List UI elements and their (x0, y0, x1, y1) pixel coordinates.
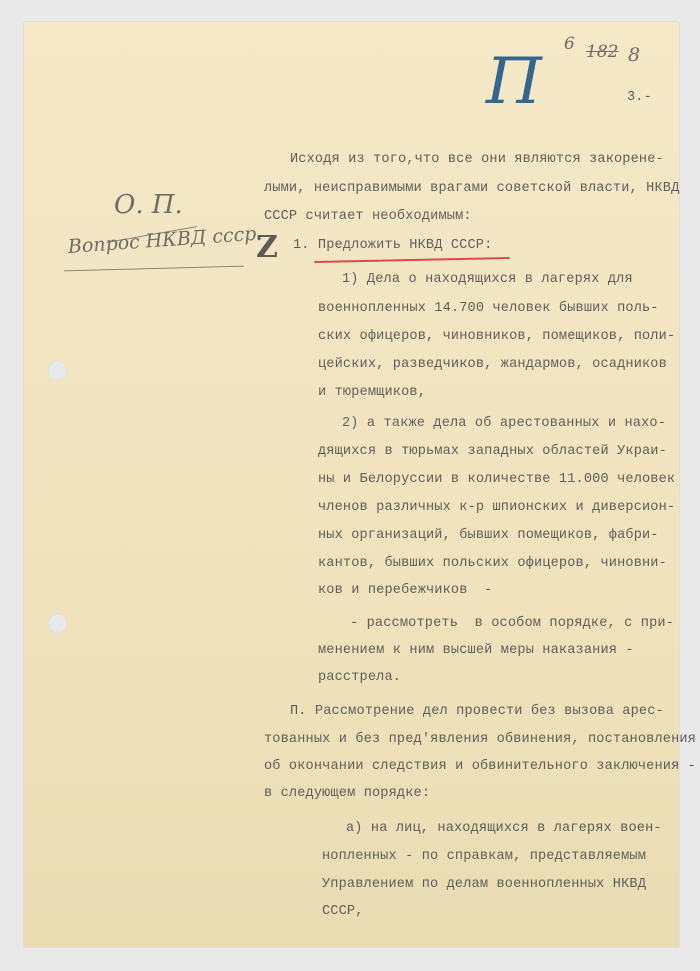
text-line-11: дящихся в тюрьмах западных областей Укра… (318, 445, 667, 459)
section-2-heading: П. Рассмотрение дел провести без вызова … (290, 705, 664, 719)
text-line-6: военнопленных 14.700 человек бывших поль… (318, 302, 659, 316)
margin-note: Вопрос НКВД ссср. (67, 222, 263, 258)
text-line-23: в следующем порядке: (264, 787, 430, 801)
document-page: 6 182 8 П 3.- О. П. Вопрос НКВД ссср. Z … (24, 22, 679, 947)
text-line-21: тованных и без пред'явления обвинения, п… (264, 733, 696, 747)
text-line-22: об окончании следствия и обвинительного … (264, 760, 696, 774)
text-line-12: ны и Белоруссии в количестве 11.000 чело… (318, 473, 675, 487)
item-1-heading: 1. Предложить НКВД СССР: (293, 239, 492, 253)
text-line-15: кантов, бывших польских офицеров, чиновн… (318, 557, 667, 571)
page-number: 3.- (627, 91, 652, 105)
text-line-13: членов различных к-р шпионских и диверси… (318, 501, 675, 515)
text-line-16: ков и перебежчиков - (318, 584, 492, 598)
item-mark: Z (256, 230, 278, 265)
text-line-25: нопленных - по справкам, представляемым (322, 850, 646, 864)
text-line-18: менением к ним высшей меры наказания - (318, 644, 634, 658)
text-line-24: а) на лиц, находящихся в лагерях воен- (346, 822, 662, 836)
red-underline (314, 257, 510, 263)
punch-hole-top (48, 361, 67, 380)
archive-number-current: 6 (564, 34, 575, 54)
text-line-8: цейских, разведчиков, жандармов, осадник… (318, 358, 667, 372)
text-line-27: СССР, (322, 905, 364, 919)
margin-note-underline (64, 266, 244, 272)
text-line-3: СССР считает необходимым: (264, 210, 472, 224)
text-line-17: - рассмотреть в особом порядке, с при- (350, 617, 674, 631)
text-line-14: ных организаций, бывших помещиков, фабри… (318, 529, 659, 543)
text-line-2: лыми, неисправимыми врагами советской вл… (264, 182, 679, 196)
text-line-5: 1) Дела о находящихся в лагерях для (342, 273, 633, 287)
archive-number-alt: 8 (628, 44, 640, 66)
text-line-26: Управлением по делам военнопленных НКВД (322, 878, 646, 892)
text-line-7: ских офицеров, чиновников, помещиков, по… (318, 330, 675, 344)
text-line-19: расстрела. (318, 671, 401, 685)
blue-pencil-mark: П (486, 50, 542, 114)
text-line-9: и тюремщиков, (318, 386, 426, 400)
punch-hole-bottom (48, 614, 67, 633)
text-line-10: 2) а также дела об арестованных и нахо- (342, 417, 666, 431)
text-line-1: Исходя из того,что все они являются зако… (290, 153, 664, 167)
margin-abbreviation: О. П. (114, 190, 183, 220)
archive-number-struck: 182 (586, 42, 618, 62)
